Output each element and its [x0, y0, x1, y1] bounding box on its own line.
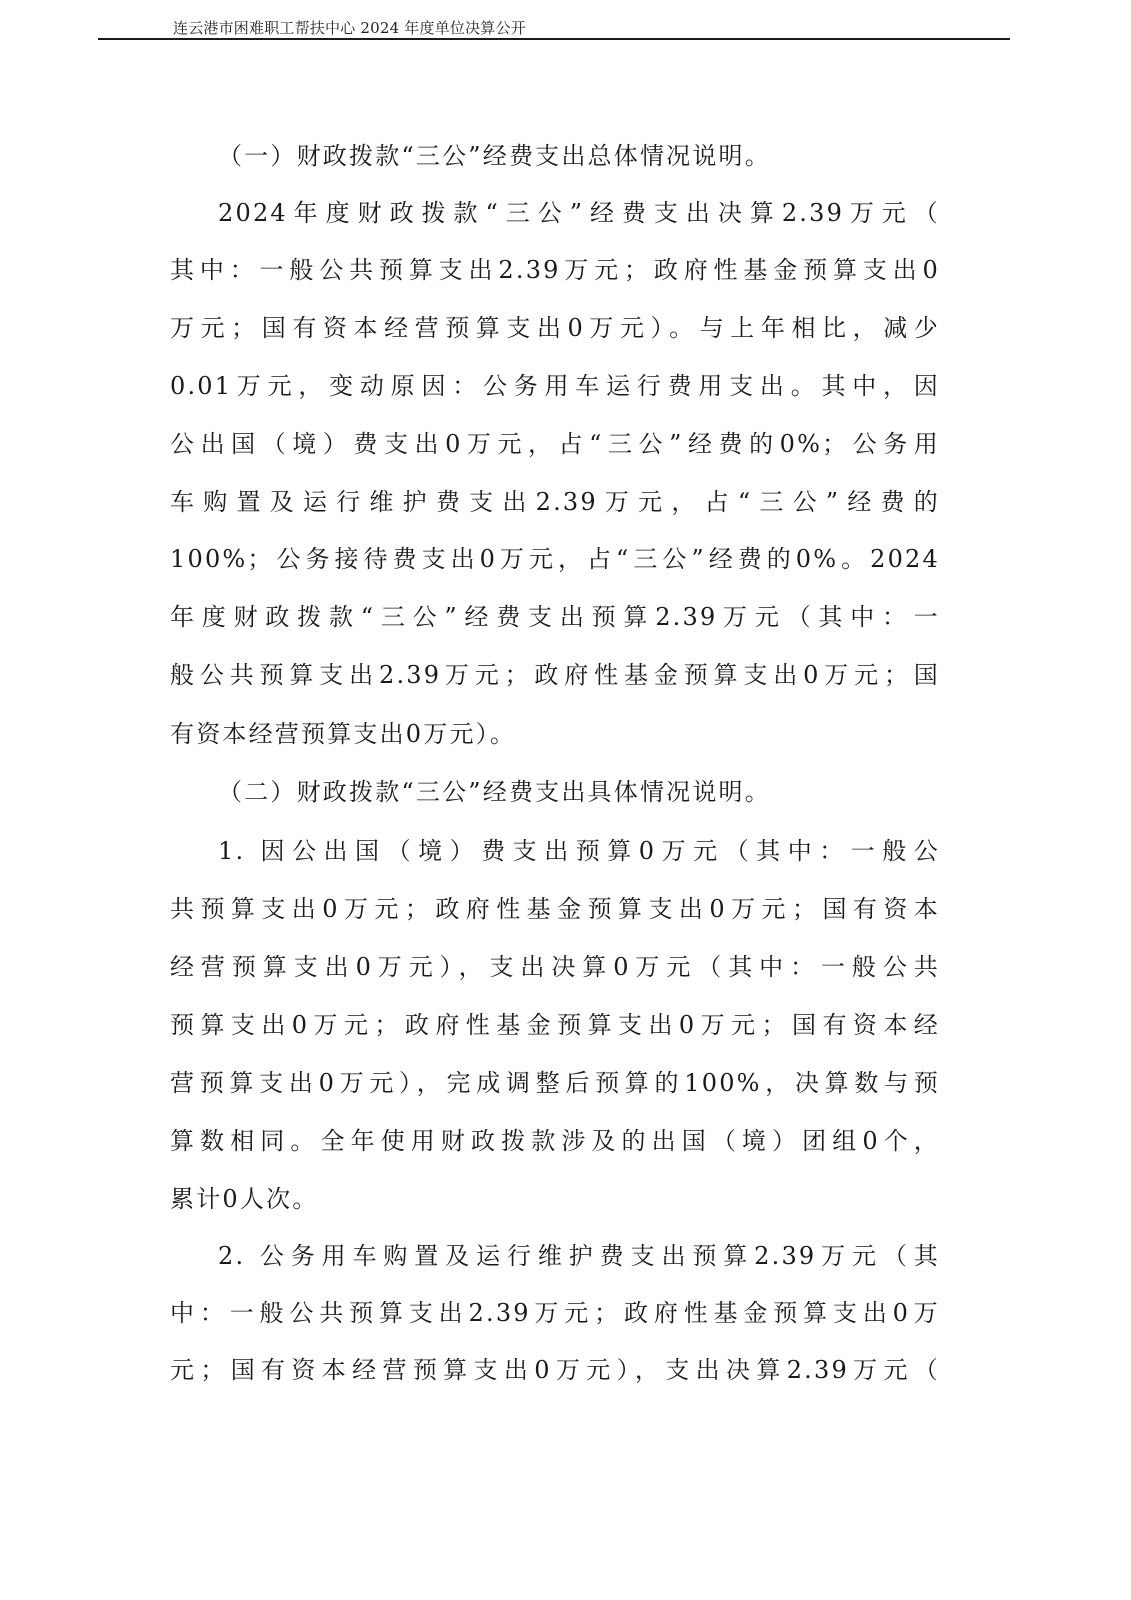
paragraph-line: 公出国（境）费支出0万元，占“三公”经费的0%；公务用	[170, 429, 940, 459]
paragraph-line: 元；国有资本经营预算支出0万元），支出决算2.39万元（	[170, 1355, 940, 1385]
paragraph-line: 共预算支出0万元；政府性基金预算支出0万元；国有资本	[170, 894, 940, 924]
paragraph-line: 其中：一般公共预算支出2.39万元；政府性基金预算支出0	[170, 255, 940, 285]
paragraph-line: 预算支出0万元；政府性基金预算支出0万元；国有资本经	[170, 1010, 940, 1040]
paragraph-line: 万元；国有资本经营预算支出0万元）。与上年相比，减少	[170, 313, 940, 343]
page-header-title: 连云港市困难职工帮扶中心 2024 年度单位决算公开	[173, 18, 526, 38]
paragraph-line: 2. 公务用车购置及运行维护费支出预算2.39万元（其	[218, 1241, 940, 1271]
paragraph-line: 2024年度财政拨款“三公”经费支出决算2.39万元（	[218, 198, 940, 228]
paragraph-line: 100%；公务接待费支出0万元，占“三公”经费的0%。2024	[170, 544, 940, 574]
paragraph-line: 年度财政拨款“三公”经费支出预算2.39万元（其中：一	[170, 602, 940, 632]
paragraph-line: 中：一般公共预算支出2.39万元；政府性基金预算支出0万	[170, 1298, 940, 1328]
paragraph-line: 营预算支出0万元），完成调整后预算的100%，决算数与预	[170, 1068, 940, 1098]
paragraph-line: 算数相同。全年使用财政拨款涉及的出国（境）团组0个，	[170, 1126, 940, 1156]
paragraph-line: 0.01万元，变动原因：公务用车运行费用支出。其中，因	[170, 371, 940, 401]
paragraph-line: 1. 因公出国（境）费支出预算0万元（其中：一般公	[218, 836, 940, 866]
paragraph-line: 车购置及运行维护费支出2.39万元，占“三公”经费的	[170, 487, 940, 517]
paragraph-line: 累计0人次。	[170, 1184, 940, 1214]
paragraph-line: 有资本经营预算支出0万元）。	[170, 719, 940, 749]
section-heading: （二）财政拨款“三公”经费支出具体情况说明。	[218, 777, 771, 807]
paragraph-line: 经营预算支出0万元），支出决算0万元（其中：一般公共	[170, 952, 940, 982]
paragraph-line: 般公共预算支出2.39万元；政府性基金预算支出0万元；国	[170, 660, 940, 690]
header-rule	[98, 38, 1010, 40]
section-heading: （一）财政拨款“三公”经费支出总体情况说明。	[218, 141, 771, 171]
